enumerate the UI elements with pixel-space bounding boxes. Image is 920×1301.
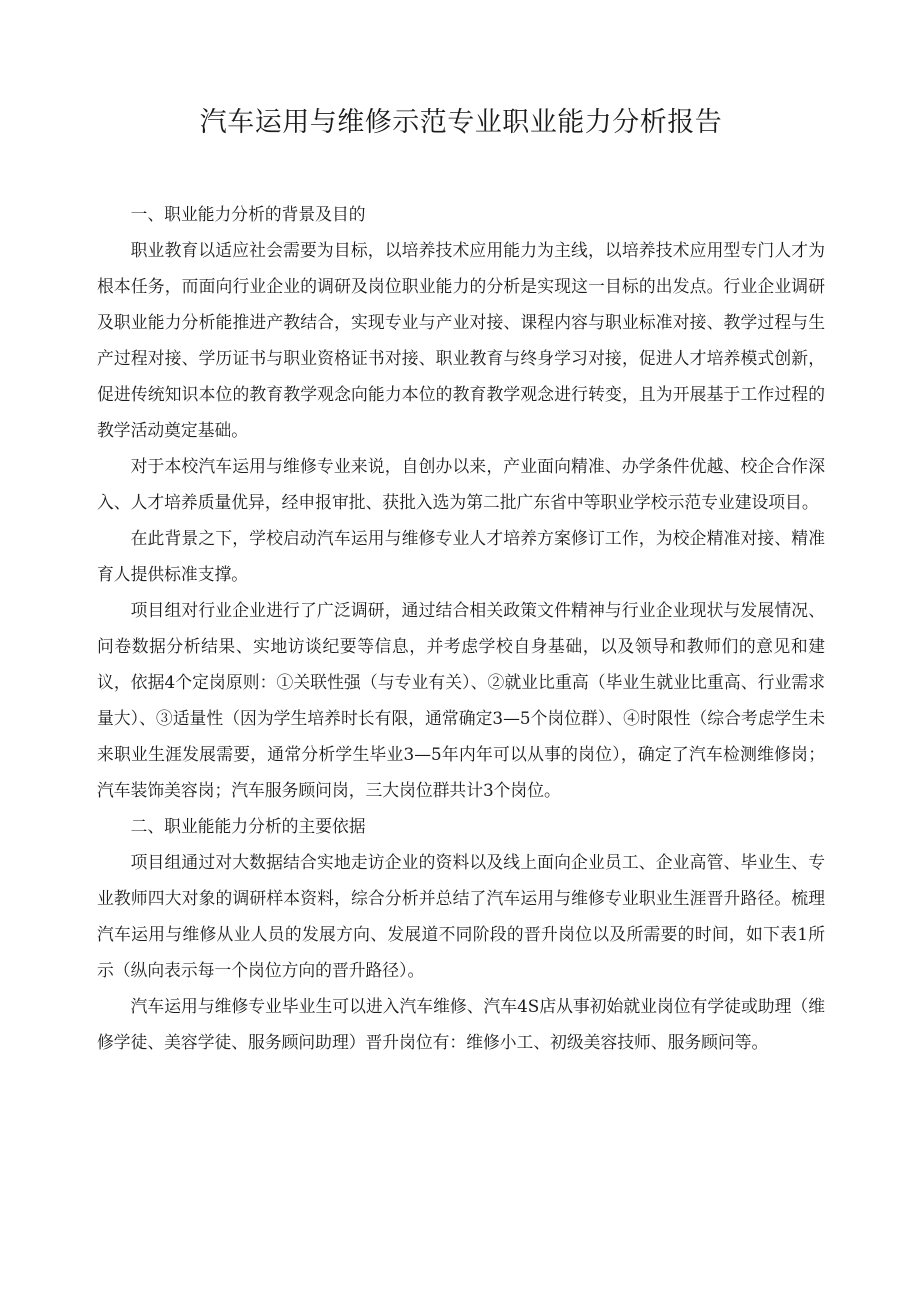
paragraph-graduate-entry-positions: 汽车运用与维修专业毕业生可以进入汽车维修、汽车4S店从事初始就业岗位有学徒或助理… xyxy=(97,988,825,1060)
paragraph-job-positioning-principles: 项目组对行业企业进行了广泛调研，通过结合相关政策文件精神与行业企业现状与发展情况… xyxy=(97,592,825,808)
document-title: 汽车运用与维修示范专业职业能力分析报告 xyxy=(97,103,825,143)
paragraph-curriculum-revision: 在此背景之下，学校启动汽车运用与维修专业人才培养方案修订工作，为校企精准对接、精… xyxy=(97,520,825,592)
paragraph-school-program-status: 对于本校汽车运用与维修专业来说，自创办以来，产业面向精准、办学条件优越、校企合作… xyxy=(97,448,825,520)
section-heading-background: 一、职业能力分析的背景及目的 xyxy=(97,196,825,232)
document-body: 一、职业能力分析的背景及目的 职业教育以适应社会需要为目标，以培养技术应用能力为… xyxy=(97,196,825,1060)
paragraph-vocational-education-goal: 职业教育以适应社会需要为目标，以培养技术应用能力为主线，以培养技术应用型专门人才… xyxy=(97,232,825,448)
paragraph-career-path-research: 项目组通过对大数据结合实地走访企业的资料以及线上面向企业员工、企业高管、毕业生、… xyxy=(97,844,825,988)
section-heading-basis: 二、职业能能力分析的主要依据 xyxy=(97,808,825,844)
